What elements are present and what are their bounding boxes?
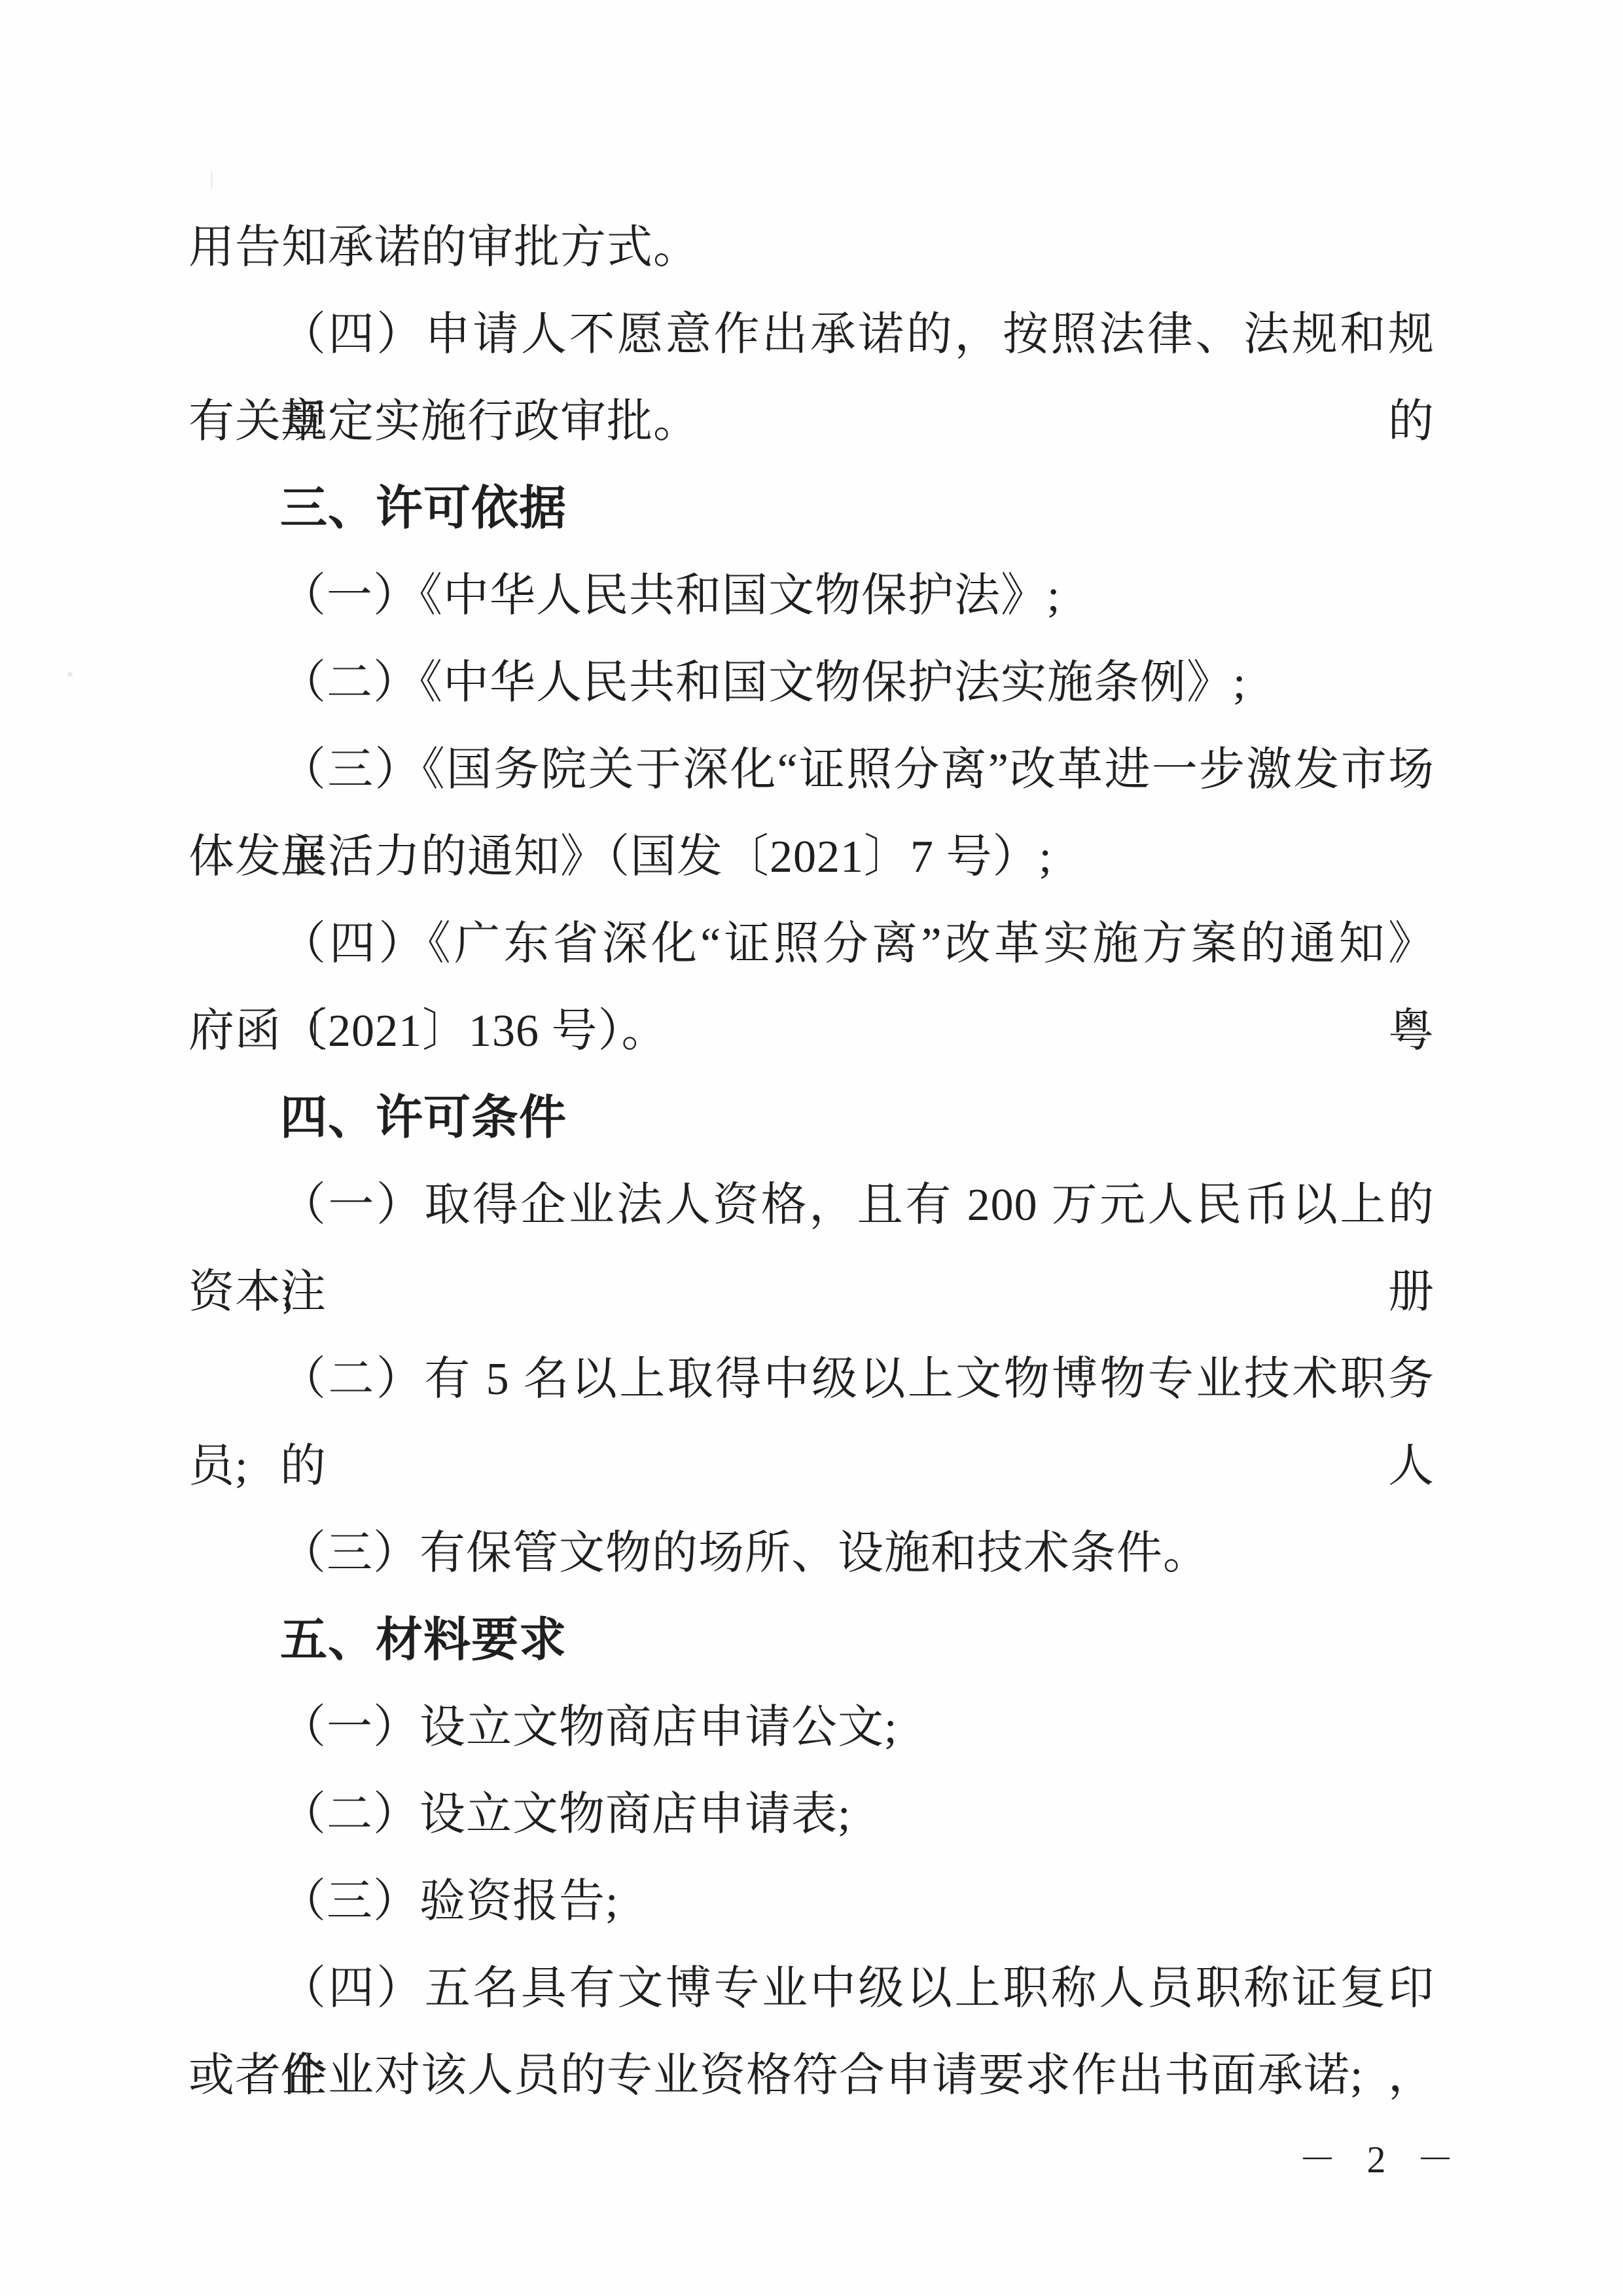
text-line: （二）有 5 名以上取得中级以上文物博物专业技术职务的人 bbox=[188, 1336, 1435, 1423]
text-line: （三）《国务院关于深化“证照分离”改革进一步激发市场主 bbox=[188, 726, 1435, 814]
text-line: 体发展活力的通知》（国发〔2021〕7 号）; bbox=[188, 814, 1435, 901]
section-heading: 四、许可条件 bbox=[188, 1075, 1435, 1162]
document-page: 用告知承诺的审批方式。（四）申请人不愿意作出承诺的，按照法律、法规和规章的有关规… bbox=[0, 0, 1623, 2296]
text-line: （一）《中华人民共和国文物保护法》; bbox=[188, 552, 1435, 639]
text-line: （一）设立文物商店申请公文; bbox=[188, 1684, 1435, 1771]
text-line: （四）五名具有文博专业中级以上职称人员职称证复印件， bbox=[188, 1945, 1435, 2032]
text-line: 或者企业对该人员的专业资格符合申请要求作出书面承诺; bbox=[188, 2032, 1435, 2119]
text-line: （四）申请人不愿意作出承诺的，按照法律、法规和规章的 bbox=[188, 291, 1435, 378]
text-line: （三）验资报告; bbox=[188, 1858, 1435, 1945]
scan-artifact bbox=[211, 171, 213, 188]
section-heading: 三、许可依据 bbox=[188, 465, 1435, 552]
page-number: － 2 － bbox=[1298, 2128, 1465, 2183]
text-line: （一）取得企业法人资格，且有 200 万元人民币以上的注册 bbox=[188, 1162, 1435, 1249]
section-heading: 五、材料要求 bbox=[188, 1597, 1435, 1684]
text-line: （三）有保管文物的场所、设施和技术条件。 bbox=[188, 1510, 1435, 1597]
scan-artifact bbox=[67, 672, 73, 677]
document-body: 用告知承诺的审批方式。（四）申请人不愿意作出承诺的，按照法律、法规和规章的有关规… bbox=[188, 204, 1435, 2119]
text-line: （二）《中华人民共和国文物保护法实施条例》; bbox=[188, 639, 1435, 726]
text-line: 用告知承诺的审批方式。 bbox=[188, 204, 1435, 291]
text-line: （四）《广东省深化“证照分离”改革实施方案的通知》（粤 bbox=[188, 901, 1435, 988]
text-line: （二）设立文物商店申请表; bbox=[188, 1771, 1435, 1858]
